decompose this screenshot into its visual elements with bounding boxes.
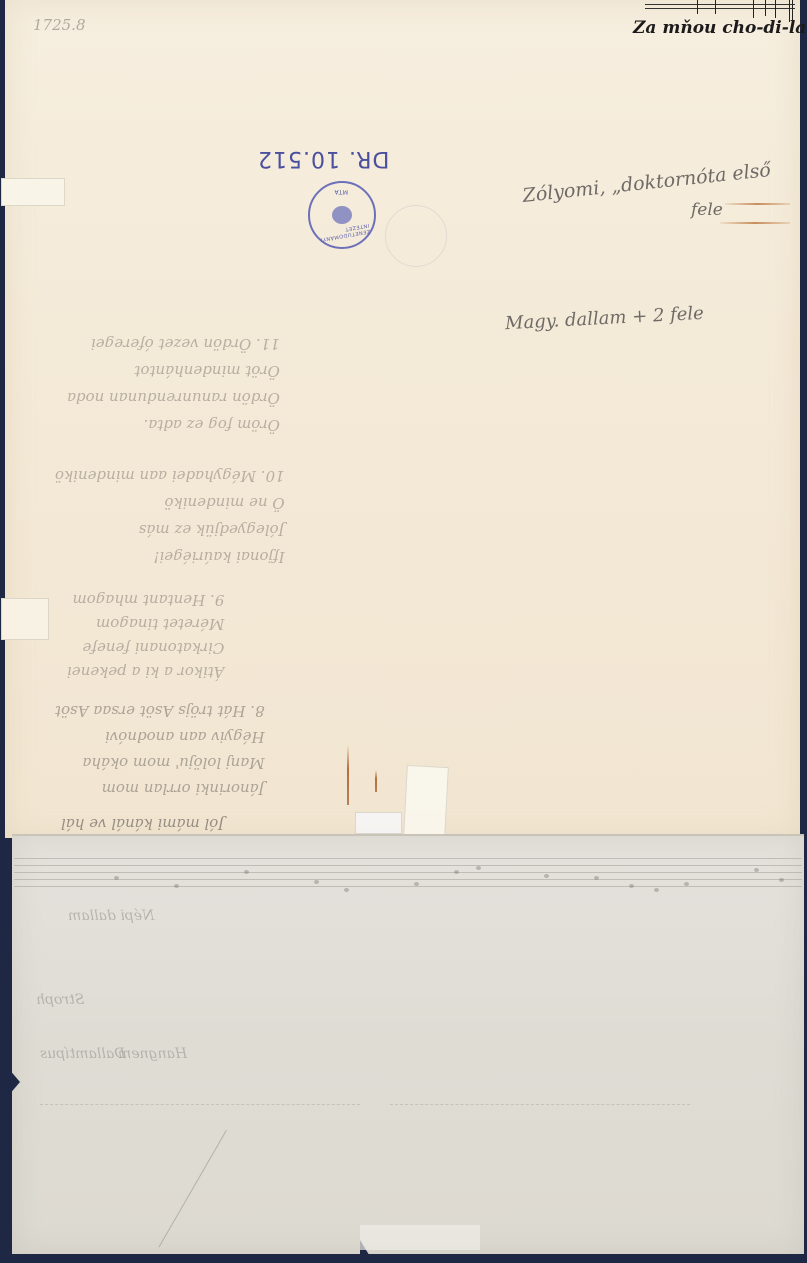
paper-tab: [1, 178, 65, 206]
torn-paper-piece: [355, 812, 402, 834]
bleed-line: Jólegyedjük ez más: [55, 516, 285, 543]
ghost-label-2: Stroph: [36, 992, 84, 1008]
ghost-music-staff: [14, 858, 802, 888]
paper-tab-lower: [1, 598, 49, 640]
upper-sheet: 1725.8 Za mňou cho-di-la DR. 10.512 ZENE…: [5, 0, 800, 838]
bleed-line: Ö ne mindenikö: [55, 489, 285, 516]
institution-stamp: ZENETUDOMÁNYI INTÉZET MTA: [308, 181, 376, 249]
stamp-emblem-icon: [332, 206, 352, 224]
lower-sheet: [12, 834, 804, 1254]
rust-mark-1: [347, 745, 349, 805]
bleed-line: 9. Hentant mhagom: [67, 588, 224, 612]
bleedthrough-stanza-10: Ifjonai kaúriégei! Jólegyedjük ez más Ö …: [55, 462, 285, 570]
corner-number: 1725.8: [33, 16, 86, 34]
music-staff-fragment: [645, 0, 795, 14]
bleed-line: 10. Mégyhadei aan mindenikö: [55, 462, 285, 489]
bleed-line: 8. Hát tröjs Asöt ersaa Asöt: [55, 698, 265, 724]
bleed-line: Öröt mindenhántot: [67, 357, 280, 384]
stamp-bottom-text: MTA: [334, 188, 348, 195]
rust-mark-2: [375, 770, 377, 792]
stamp-top-text: ZENETUDOMÁNYI INTÉZET: [309, 222, 370, 244]
bleedthrough-stanza-9: Átikor a ki a pekenei Cirkatonani fenefe…: [67, 588, 224, 684]
lyric-text: Za mňou cho-di-la: [633, 18, 806, 38]
orange-mark-1: [725, 203, 790, 205]
bleed-line: Manj lolöju' mom okáha: [55, 750, 265, 776]
bleed-line: Cirkatonani fenefe: [67, 636, 224, 660]
ghost-line-2: [390, 1104, 690, 1106]
bleedthrough-stanza-11: Öröm fog ez adta. Ördön ranunrendunan no…: [67, 330, 280, 438]
ghost-label-3: Dallamtípus: [40, 1046, 125, 1062]
orange-mark-2: [720, 222, 790, 224]
ghost-label-1: Népi dallam: [68, 908, 154, 924]
bleed-line: Jánorinki orrlan mom: [55, 776, 265, 802]
bleedthrough-stanza-8: Jánorinki orrlan mom Manj lolöju' mom ok…: [55, 698, 265, 802]
bleedthrough-bottom-line: Jól mámi kánál ve hál: [61, 810, 224, 837]
bleed-line: Ifjonai kaúriégei!: [55, 543, 285, 570]
bleed-line: 11. Ördön vezet óferegei: [67, 330, 280, 357]
ghost-line-1: [40, 1104, 360, 1106]
document-scan: 1725.8 Za mňou cho-di-la DR. 10.512 ZENE…: [0, 0, 807, 1263]
pencil-note-line3: Magy. dallam + 2 fele: [505, 303, 705, 334]
catalog-mark: DR. 10.512: [257, 146, 389, 171]
bleed-line: Öröm fog ez adta.: [67, 411, 280, 438]
faint-stamp-imprint: [385, 205, 447, 267]
bleed-line: Ördön ranunrendunan noda: [67, 384, 280, 411]
bleed-line: Jól mámi kánál ve hál: [61, 810, 224, 837]
bleed-line: Átikor a ki a pekenei: [67, 660, 224, 684]
bleed-line: Méretet tinagom: [67, 612, 224, 636]
pencil-note-line1: Zólyomi, „doktornóta első: [522, 159, 772, 207]
tape-piece: [403, 765, 449, 839]
ghost-label-4: Hangnem: [118, 1046, 187, 1062]
pencil-note-line2: fele: [691, 200, 723, 220]
crumpled-corner: [360, 1225, 480, 1250]
bleed-line: Hégyiv aan anodnóvi: [55, 724, 265, 750]
